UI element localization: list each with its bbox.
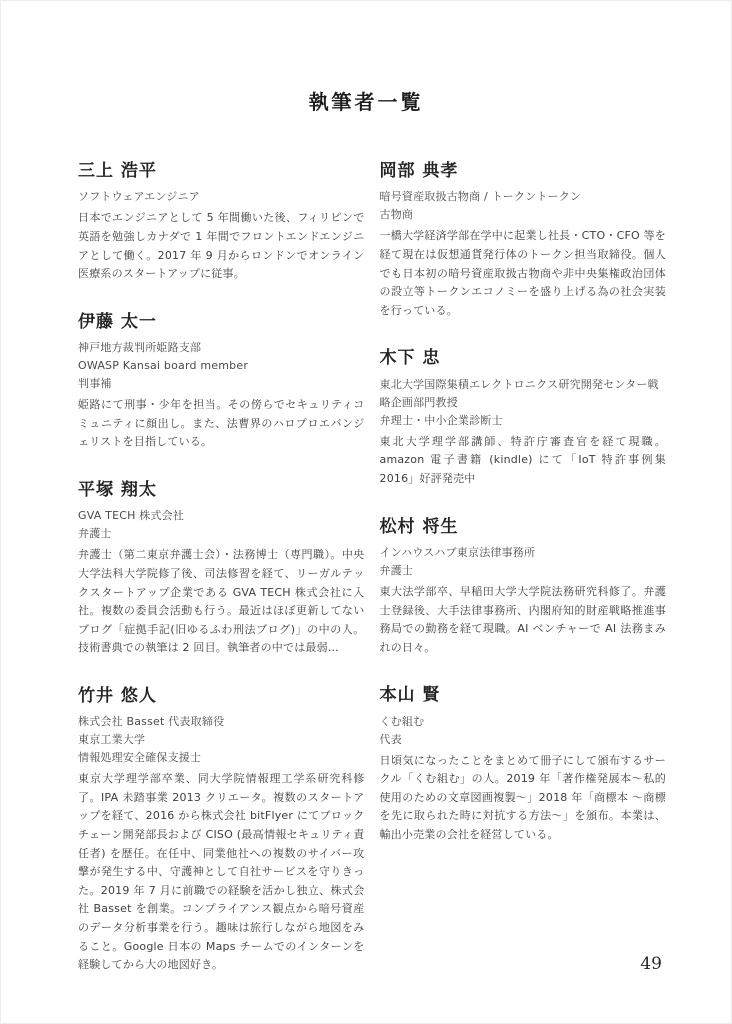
author-role: ソフトウェアエンジニア xyxy=(78,188,365,206)
author-role: 弁護士 xyxy=(78,525,365,543)
left-column: 三上 浩平 ソフトウェアエンジニア 日本でエンジニアとして 5 年間働いた後、フ… xyxy=(78,161,365,1003)
author-entry: 三上 浩平 ソフトウェアエンジニア 日本でエンジニアとして 5 年間働いた後、フ… xyxy=(78,161,365,284)
author-role: くむ組む xyxy=(380,713,667,731)
author-role: インハウスハブ東京法律事務所 xyxy=(380,544,667,562)
author-entry: 岡部 典孝 暗号資産取扱古物商 / トークントークン 古物商 一橋大学経済学部在… xyxy=(380,161,667,320)
author-entry: 伊藤 太一 神戸地方裁判所姫路支部 OWASP Kansai board mem… xyxy=(78,312,365,452)
author-name: 竹井 悠人 xyxy=(78,686,365,706)
author-name: 本山 賢 xyxy=(380,685,667,705)
author-bio: 日頃気になったことをまとめて冊子にして頒布するサークル「くむ組む」の人。2019… xyxy=(380,752,667,845)
author-role: 株式会社 Basset 代表取締役 xyxy=(78,713,365,731)
author-bio: 東北大学理学部講師、特許庁審査官を経て現職。amazon 電子書籍 (kindl… xyxy=(380,433,667,489)
right-column: 岡部 典孝 暗号資産取扱古物商 / トークントークン 古物商 一橋大学経済学部在… xyxy=(380,161,667,1003)
author-role: 代表 xyxy=(380,731,667,749)
author-bio: 一橋大学経済学部在学中に起業し社長・CTO・CFO 等を経て現在は仮想通貨発行体… xyxy=(380,227,667,320)
author-bio: 東京大学理学部卒業、同大学院情報理工学系研究科修了。IPA 未踏事業 2013 … xyxy=(78,770,365,975)
author-role: 東北大学国際集積エレクトロニクス研究開発センター戦略企画部門教授 xyxy=(380,376,667,412)
author-role: 暗号資産取扱古物商 / トークントークン xyxy=(380,188,667,206)
author-role: GVA TECH 株式会社 xyxy=(78,507,365,525)
author-bio: 東大法学部卒、早稲田大学大学院法務研究科修了。弁護士登録後、大手法律事務所、内閣… xyxy=(380,583,667,657)
author-name: 松村 将生 xyxy=(380,517,667,537)
author-name: 伊藤 太一 xyxy=(78,312,365,332)
author-role: OWASP Kansai board member xyxy=(78,357,365,375)
author-role: 弁護士 xyxy=(380,562,667,580)
author-name: 平塚 翔太 xyxy=(78,480,365,500)
author-entry: 本山 賢 くむ組む 代表 日頃気になったことをまとめて冊子にして頒布するサークル… xyxy=(380,685,667,844)
author-role: 判事補 xyxy=(78,375,365,393)
author-name: 三上 浩平 xyxy=(78,161,365,181)
page-number: 49 xyxy=(640,954,662,974)
author-role: 古物商 xyxy=(380,206,667,224)
author-bio: 姫路にて刑事・少年を担当。その傍らでセキュリティコミュニティに顔出し。また、法曹… xyxy=(78,396,365,452)
page-title: 執筆者一覧 xyxy=(0,86,732,115)
author-entry: 竹井 悠人 株式会社 Basset 代表取締役 東京工業大学 情報処理安全確保支… xyxy=(78,686,365,975)
author-bio: 日本でエンジニアとして 5 年間働いた後、フィリピンで英語を勉強しカナダで 1 … xyxy=(78,209,365,283)
author-name: 木下 忠 xyxy=(380,348,667,368)
author-entry: 松村 将生 インハウスハブ東京法律事務所 弁護士 東大法学部卒、早稲田大学大学院… xyxy=(380,517,667,658)
author-role: 情報処理安全確保支援士 xyxy=(78,749,365,767)
author-entry: 木下 忠 東北大学国際集積エレクトロニクス研究開発センター戦略企画部門教授 弁理… xyxy=(380,348,667,488)
author-role: 弁理士・中小企業診断士 xyxy=(380,412,667,430)
author-columns: 三上 浩平 ソフトウェアエンジニア 日本でエンジニアとして 5 年間働いた後、フ… xyxy=(78,161,666,1003)
author-name: 岡部 典孝 xyxy=(380,161,667,181)
author-bio: 弁護士（第二東京弁護士会）・法務博士（専門職）。中央大学法科大学院修了後、司法修… xyxy=(78,546,365,658)
book-page: { "page": { "title": "執筆者一覧", "page_numb… xyxy=(0,0,732,1024)
author-role: 東京工業大学 xyxy=(78,731,365,749)
author-entry: 平塚 翔太 GVA TECH 株式会社 弁護士 弁護士（第二東京弁護士会）・法務… xyxy=(78,480,365,658)
author-role: 神戸地方裁判所姫路支部 xyxy=(78,339,365,357)
